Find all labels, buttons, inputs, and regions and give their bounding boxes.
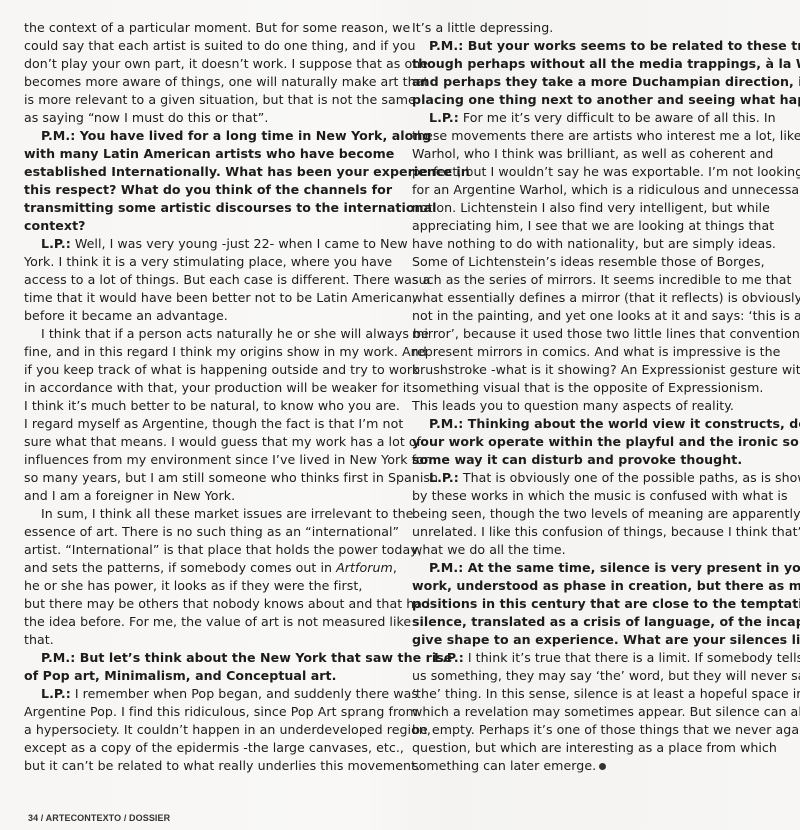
text-line: what we do all the time.	[412, 541, 784, 559]
text-line: access to a lot of things. But each case…	[24, 271, 392, 289]
text-line: represent mirrors in comics. And what is…	[412, 343, 784, 361]
text-line: I regard myself as Argentine, though the…	[24, 415, 392, 433]
text-line: this respect? What do you think of the c…	[24, 181, 392, 199]
text-line: L.P.: That is obviously one of the possi…	[412, 469, 784, 487]
text-fragment: That is obviously one of the possible pa…	[459, 470, 800, 485]
magazine-page: the context of a particular moment. But …	[0, 0, 800, 830]
text-line: becomes more aware of things, one will n…	[24, 73, 392, 91]
text-line: P.M.: But your works seems to be related…	[412, 37, 784, 55]
text-line: In sum, I think all these market issues …	[24, 505, 392, 523]
text-line: L.P.: I remember when Pop began, and sud…	[24, 685, 392, 703]
text-line: P.M.: You have lived for a long time in …	[24, 127, 392, 145]
text-line: if you keep track of what is happening o…	[24, 361, 392, 379]
interviewer-question: P.M.: You have lived for a long time in …	[24, 127, 392, 235]
text-line: your work operate within the playful and…	[412, 433, 784, 451]
text-line: something visual that is the opposite of…	[412, 379, 784, 397]
right-column: It’s a little depressing. P.M.: But your…	[412, 19, 784, 775]
text-line: artist. “International” is that place th…	[24, 541, 392, 559]
text-line: context?	[24, 217, 392, 235]
text-line: as saying “now I must do this or that”.	[24, 109, 392, 127]
interviewer-question: P.M.: But your works seems to be related…	[412, 37, 784, 109]
text-fragment: I think it’s true that there is a limit.…	[464, 650, 800, 665]
text-line: is more relevant to a given situation, b…	[24, 91, 392, 109]
text-line: This leads you to question many aspects …	[412, 397, 784, 415]
artist-answer-paragraph: In sum, I think all these market issues …	[24, 505, 392, 649]
text-line: unrelated. I like this confusion of thin…	[412, 523, 784, 541]
paragraph-continuation: the context of a particular moment. But …	[24, 19, 392, 127]
artist-answer: L.P.: I remember when Pop began, and sud…	[24, 685, 392, 775]
text-line: perfect, but I wouldn’t say he was expor…	[412, 163, 784, 181]
text-fragment: I remember when Pop began, and suddenly …	[71, 686, 418, 701]
text-line: Some of Lichtenstein’s ideas resemble th…	[412, 253, 784, 271]
left-column: the context of a particular moment. But …	[24, 19, 392, 775]
artist-answer: L.P.: For me it’s very difficult to be a…	[412, 109, 784, 415]
text-line: transmitting some artistic discourses to…	[24, 199, 392, 217]
text-line: Warhol, who I think was brilliant, as we…	[412, 145, 784, 163]
artist-answer: L.P.: Well, I was very young -just 22- w…	[24, 235, 392, 325]
text-line: a hypersociety. It couldn’t happen in an…	[24, 721, 392, 739]
text-line: but there may be others that nobody know…	[24, 595, 392, 613]
text-line: but it can’t be related to what really u…	[24, 757, 392, 775]
text-line: some way it can disturb and provoke thou…	[412, 451, 784, 469]
text-line: by these works in which the music is con…	[412, 487, 784, 505]
text-line: could say that each artist is suited to …	[24, 37, 392, 55]
text-line: don’t play your own part, it doesn’t wor…	[24, 55, 392, 73]
paragraph-continuation: It’s a little depressing.	[412, 19, 784, 37]
text-line: time that it would have been better not …	[24, 289, 392, 307]
text-line: influences from my environment since I’v…	[24, 451, 392, 469]
text-line: so many years, but I am still someone wh…	[24, 469, 392, 487]
text-line: notion. Lichtenstein I also find very in…	[412, 199, 784, 217]
text-line: these movements there are artists who in…	[412, 127, 784, 145]
text-line: L.P.: For me it’s very difficult to be a…	[412, 109, 784, 127]
text-line: L.P.: I think it’s true that there is a …	[412, 649, 784, 667]
text-line: I think it’s much better to be natural, …	[24, 397, 392, 415]
text-line: of Pop art, Minimalism, and Conceptual a…	[24, 667, 392, 685]
interviewer-question: P.M.: But let’s think about the New York…	[24, 649, 392, 685]
text-line: us something, they may say ‘the’ word, b…	[412, 667, 784, 685]
text-line: have nothing to do with nationality, but…	[412, 235, 784, 253]
text-line: though perhaps without all the media tra…	[412, 55, 784, 73]
text-line: except as a copy of the epidermis -the l…	[24, 739, 392, 757]
text-line: before it became an advantage.	[24, 307, 392, 325]
text-line: P.M.: At the same time, silence is very …	[412, 559, 784, 577]
text-line: L.P.: Well, I was very young -just 22- w…	[24, 235, 392, 253]
text-fragment: and sets the patterns, if somebody comes…	[24, 560, 336, 575]
text-line: essence of art. There is no such thing a…	[24, 523, 392, 541]
interviewer-question: P.M.: Thinking about the world view it c…	[412, 415, 784, 469]
text-line: ‘the’ thing. In this sense, silence is a…	[412, 685, 784, 703]
text-line: work, understood as phase in creation, b…	[412, 577, 784, 595]
speaker-label: L.P.:	[434, 650, 464, 665]
text-line: P.M.: But let’s think about the New York…	[24, 649, 392, 667]
artist-answer-paragraph: I think that if a person acts naturally …	[24, 325, 392, 505]
text-line: the context of a particular moment. But …	[24, 19, 392, 37]
text-fragment: Well, I was very young -just 22- when I …	[71, 236, 408, 251]
text-line: appreciating him, I see that we are look…	[412, 217, 784, 235]
text-line: fine, and in this regard I think my orig…	[24, 343, 392, 361]
text-line: that.	[24, 631, 392, 649]
end-of-article-bullet-icon	[599, 763, 606, 770]
text-line: being seen, though the two levels of mea…	[412, 505, 784, 523]
speaker-label: L.P.:	[429, 110, 459, 125]
text-line: not in the painting, and yet one looks a…	[412, 307, 784, 325]
text-line: give shape to an experience. What are yo…	[412, 631, 784, 649]
speaker-label: L.P.:	[429, 470, 459, 485]
text-line: in accordance with that, your production…	[24, 379, 392, 397]
text-line: the idea before. For me, the value of ar…	[24, 613, 392, 631]
text-line: with many Latin American artists who hav…	[24, 145, 392, 163]
text-line: placing one thing next to another and se…	[412, 91, 784, 109]
text-fragment: ,	[393, 560, 397, 575]
text-line: silence, translated as a crisis of langu…	[412, 613, 784, 631]
text-line: such as the series of mirrors. It seems …	[412, 271, 784, 289]
text-line: positions in this century that are close…	[412, 595, 784, 613]
text-line: and sets the patterns, if somebody comes…	[24, 559, 392, 577]
magazine-title: Artforum	[336, 560, 393, 575]
interviewer-question: P.M.: At the same time, silence is very …	[412, 559, 784, 649]
text-line: It’s a little depressing.	[412, 19, 784, 37]
page-footer: 34 / ARTECONTEXTO / DOSSIER	[28, 813, 170, 823]
text-line: for an Argentine Warhol, which is a ridi…	[412, 181, 784, 199]
artist-answer: L.P.: I think it’s true that there is a …	[412, 649, 784, 775]
text-fragment: something can later emerge.	[412, 758, 596, 773]
text-line: Argentine Pop. I find this ridiculous, s…	[24, 703, 392, 721]
text-line: P.M.: Thinking about the world view it c…	[412, 415, 784, 433]
text-line: something can later emerge.	[412, 757, 784, 775]
text-line: sure what that means. I would guess that…	[24, 433, 392, 451]
text-line: established Internationally. What has be…	[24, 163, 392, 181]
text-line: which a revelation may sometimes appear.…	[412, 703, 784, 721]
artist-answer: L.P.: That is obviously one of the possi…	[412, 469, 784, 559]
text-line: brushstroke -what is it showing? An Expr…	[412, 361, 784, 379]
text-line: and perhaps they take a more Duchampian …	[412, 73, 784, 91]
text-line: be empty. Perhaps it’s one of those thin…	[412, 721, 784, 739]
text-line: York. I think it is a very stimulating p…	[24, 253, 392, 271]
text-line: mirror’, because it used those two littl…	[412, 325, 784, 343]
text-line: I think that if a person acts naturally …	[24, 325, 392, 343]
text-line: and I am a foreigner in New York.	[24, 487, 392, 505]
speaker-label: L.P.:	[41, 686, 71, 701]
text-line: he or she has power, it looks as if they…	[24, 577, 392, 595]
text-line: what essentially defines a mirror (that …	[412, 289, 784, 307]
speaker-label: L.P.:	[41, 236, 71, 251]
text-line: question, but which are interesting as a…	[412, 739, 784, 757]
text-fragment: For me it’s very difficult to be aware o…	[459, 110, 776, 125]
